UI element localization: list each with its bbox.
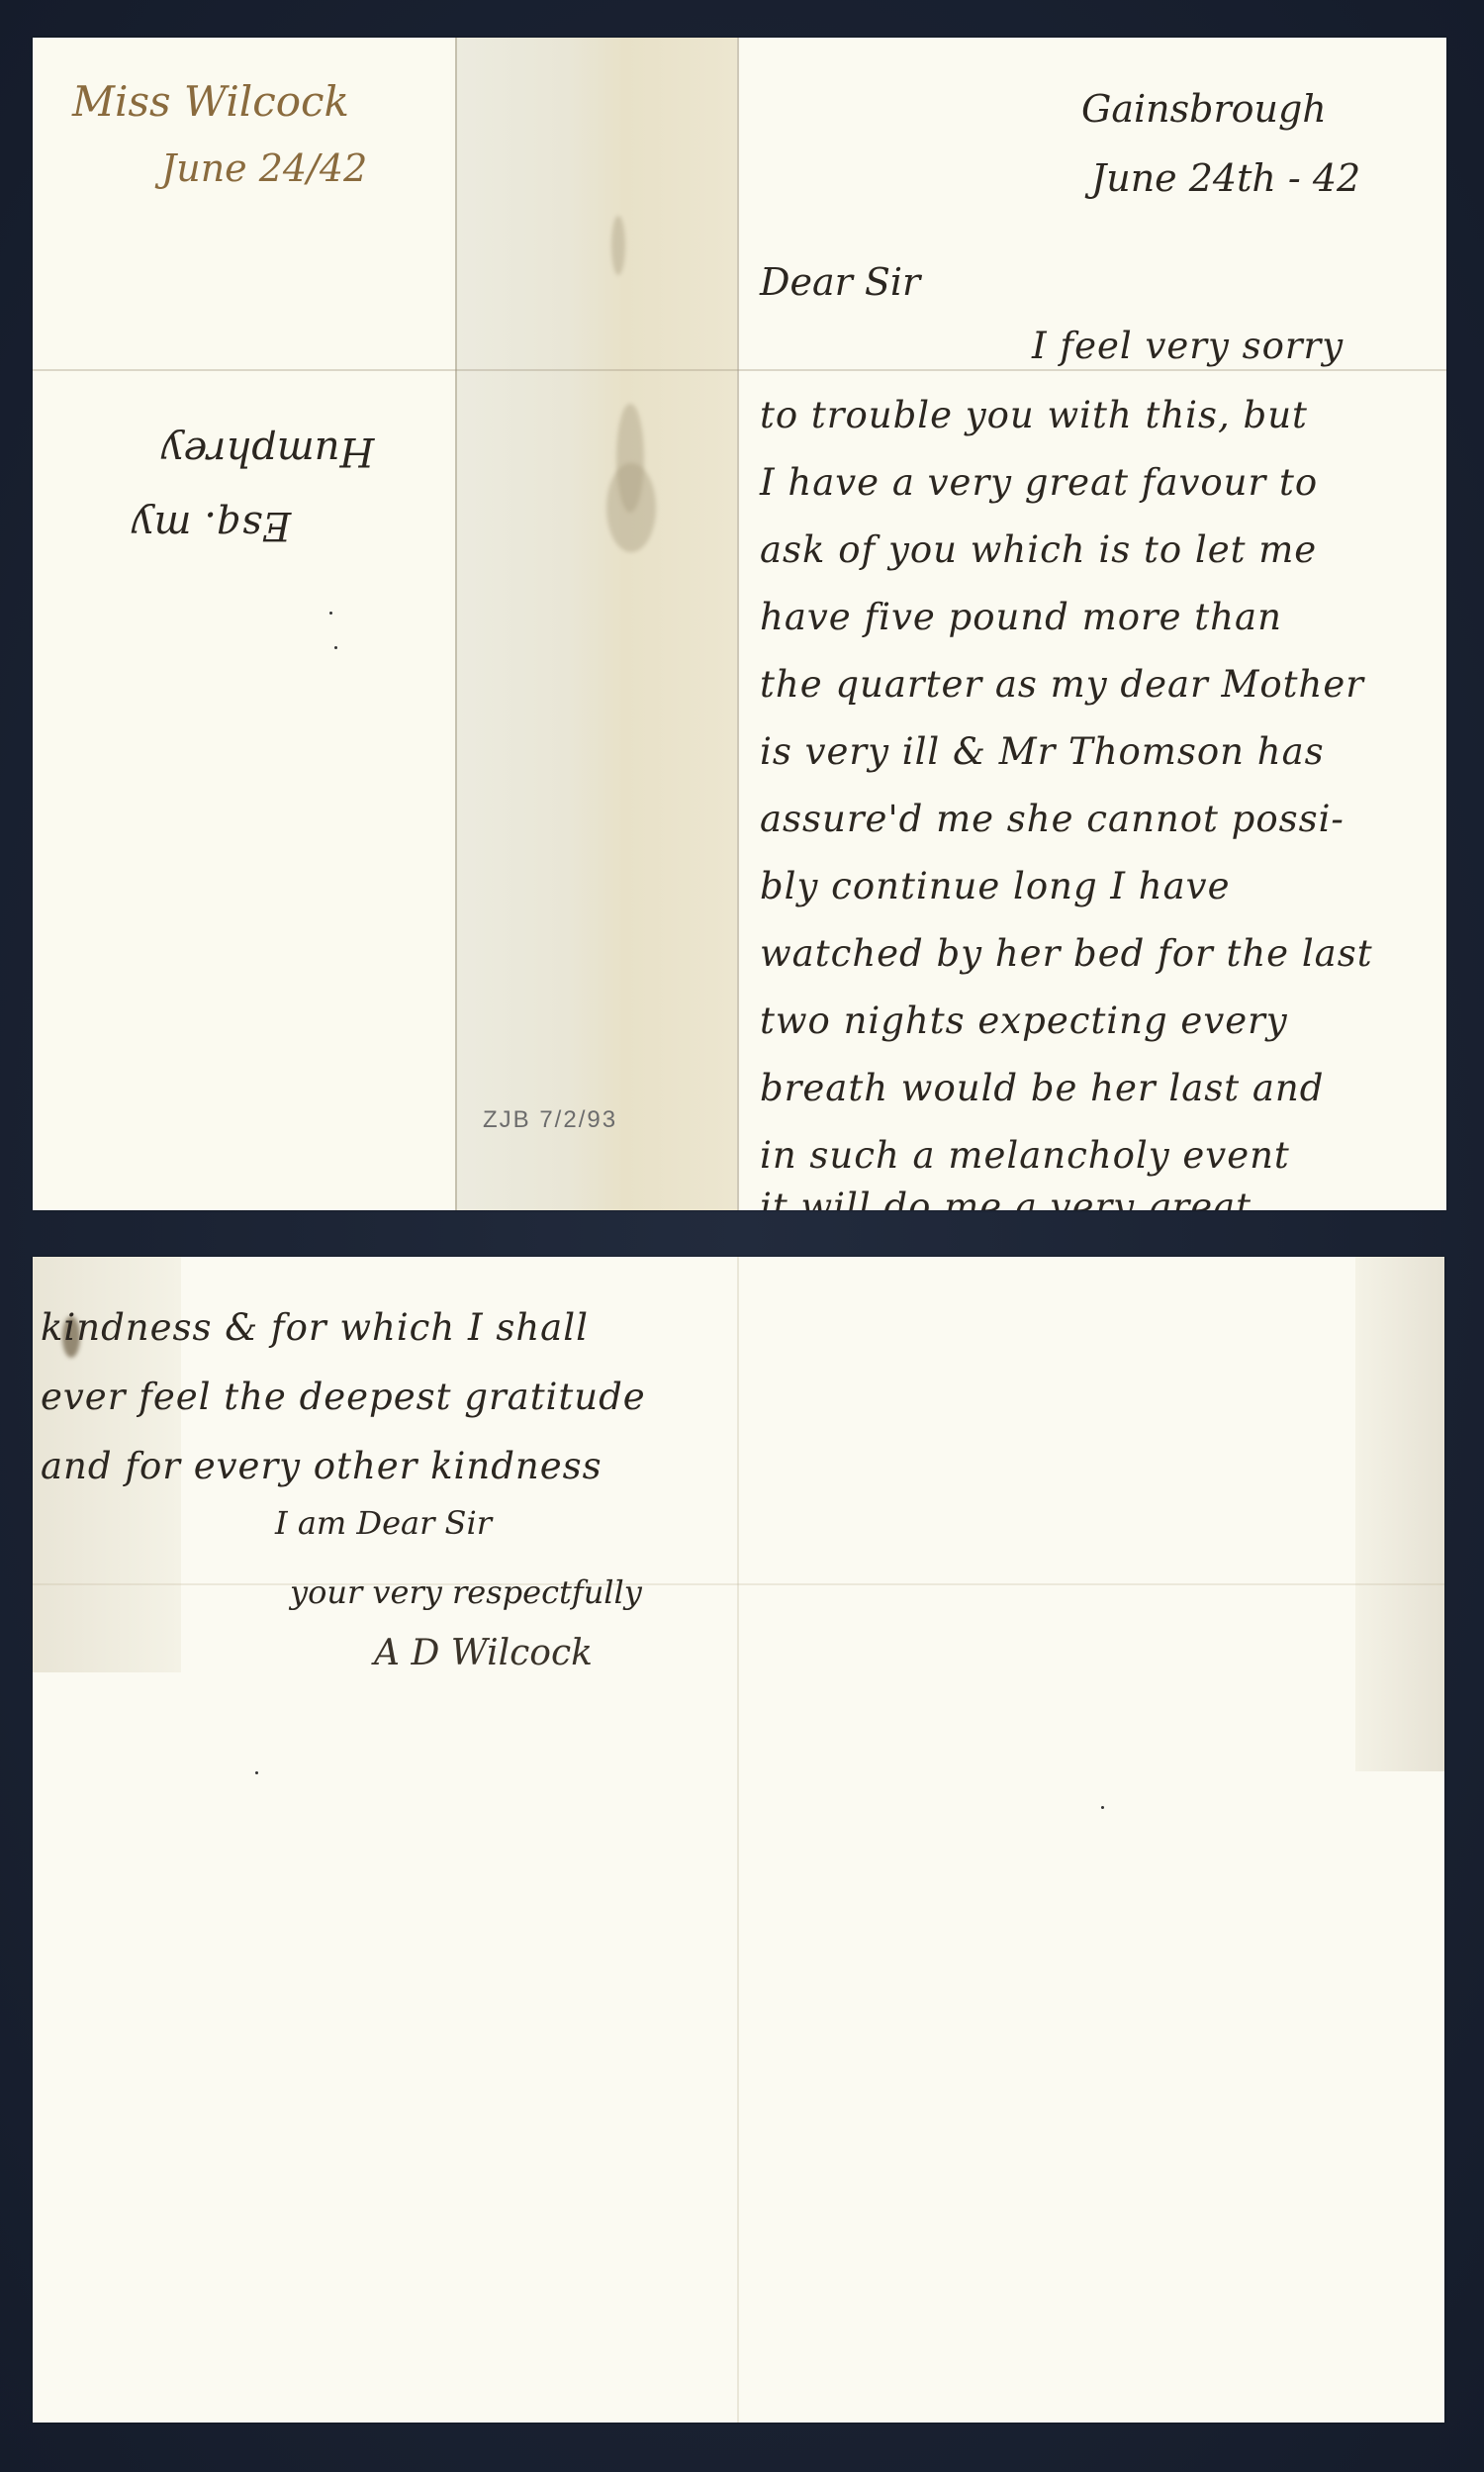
valediction: your very respectfully <box>290 1573 642 1611</box>
archive-reference: ZJB 7/2/93 <box>483 1106 617 1134</box>
outer-fold-panel <box>33 38 455 1210</box>
letter-page-1: Miss Wilcock June 24/42 Humphrey Esq. my… <box>33 38 1446 1210</box>
inverted-address-line-1: Humphrey <box>161 428 374 474</box>
fold-line <box>455 38 457 1210</box>
letter-line: I have a very great favour to <box>760 461 1318 504</box>
letter-line: in such a melancholy event <box>760 1134 1290 1177</box>
inverted-address-line-2: Esq. my <box>132 503 291 548</box>
fold-line <box>737 1257 739 2423</box>
fold-line <box>737 38 739 1210</box>
stained-fold-panel <box>455 38 737 1210</box>
letter-line: kindness & for which I shall <box>41 1306 589 1349</box>
letter-line: two nights expecting every <box>760 999 1288 1042</box>
letter-date: June 24th - 42 <box>1091 156 1360 200</box>
letter-line: the quarter as my dear Mother <box>760 663 1364 706</box>
docket-name: Miss Wilcock <box>72 77 349 126</box>
stained-edge <box>1355 1257 1444 1771</box>
letter-line: ask of you which is to let me <box>760 528 1317 571</box>
letter-place: Gainsbrough <box>1081 87 1327 131</box>
letter-line: I feel very sorry <box>1032 325 1344 367</box>
water-stain <box>611 216 625 275</box>
signature: A D Wilcock <box>374 1633 593 1673</box>
ink-speck <box>255 1771 258 1774</box>
fold-line <box>33 369 1446 371</box>
fold-line <box>33 1583 1444 1585</box>
letter-line: bly continue long I have <box>760 865 1230 907</box>
salutation: Dear Sir <box>760 260 920 304</box>
letter-line: is very ill & Mr Thomson has <box>760 730 1325 773</box>
ink-speck <box>329 612 332 615</box>
letter-line: watched by her bed for the last <box>760 932 1373 975</box>
letter-line: breath would be her last and <box>760 1067 1324 1109</box>
docket-date: June 24/42 <box>161 146 367 190</box>
letter-line: it will do me a very great <box>760 1186 1252 1210</box>
letter-line: assure'd me she cannot possi- <box>760 798 1345 840</box>
water-stain <box>606 463 656 552</box>
letter-line: have five pound more than <box>760 596 1282 638</box>
ink-speck <box>1101 1806 1104 1809</box>
closing: I am Dear Sir <box>275 1504 492 1542</box>
letter-line: and for every other kindness <box>41 1445 603 1487</box>
ink-speck <box>334 646 337 649</box>
letter-line: ever feel the deepest gratitude <box>41 1376 646 1418</box>
letter-page-2: kindness & for which I shall ever feel t… <box>33 1257 1444 2423</box>
letter-line: to trouble you with this, but <box>760 394 1308 436</box>
